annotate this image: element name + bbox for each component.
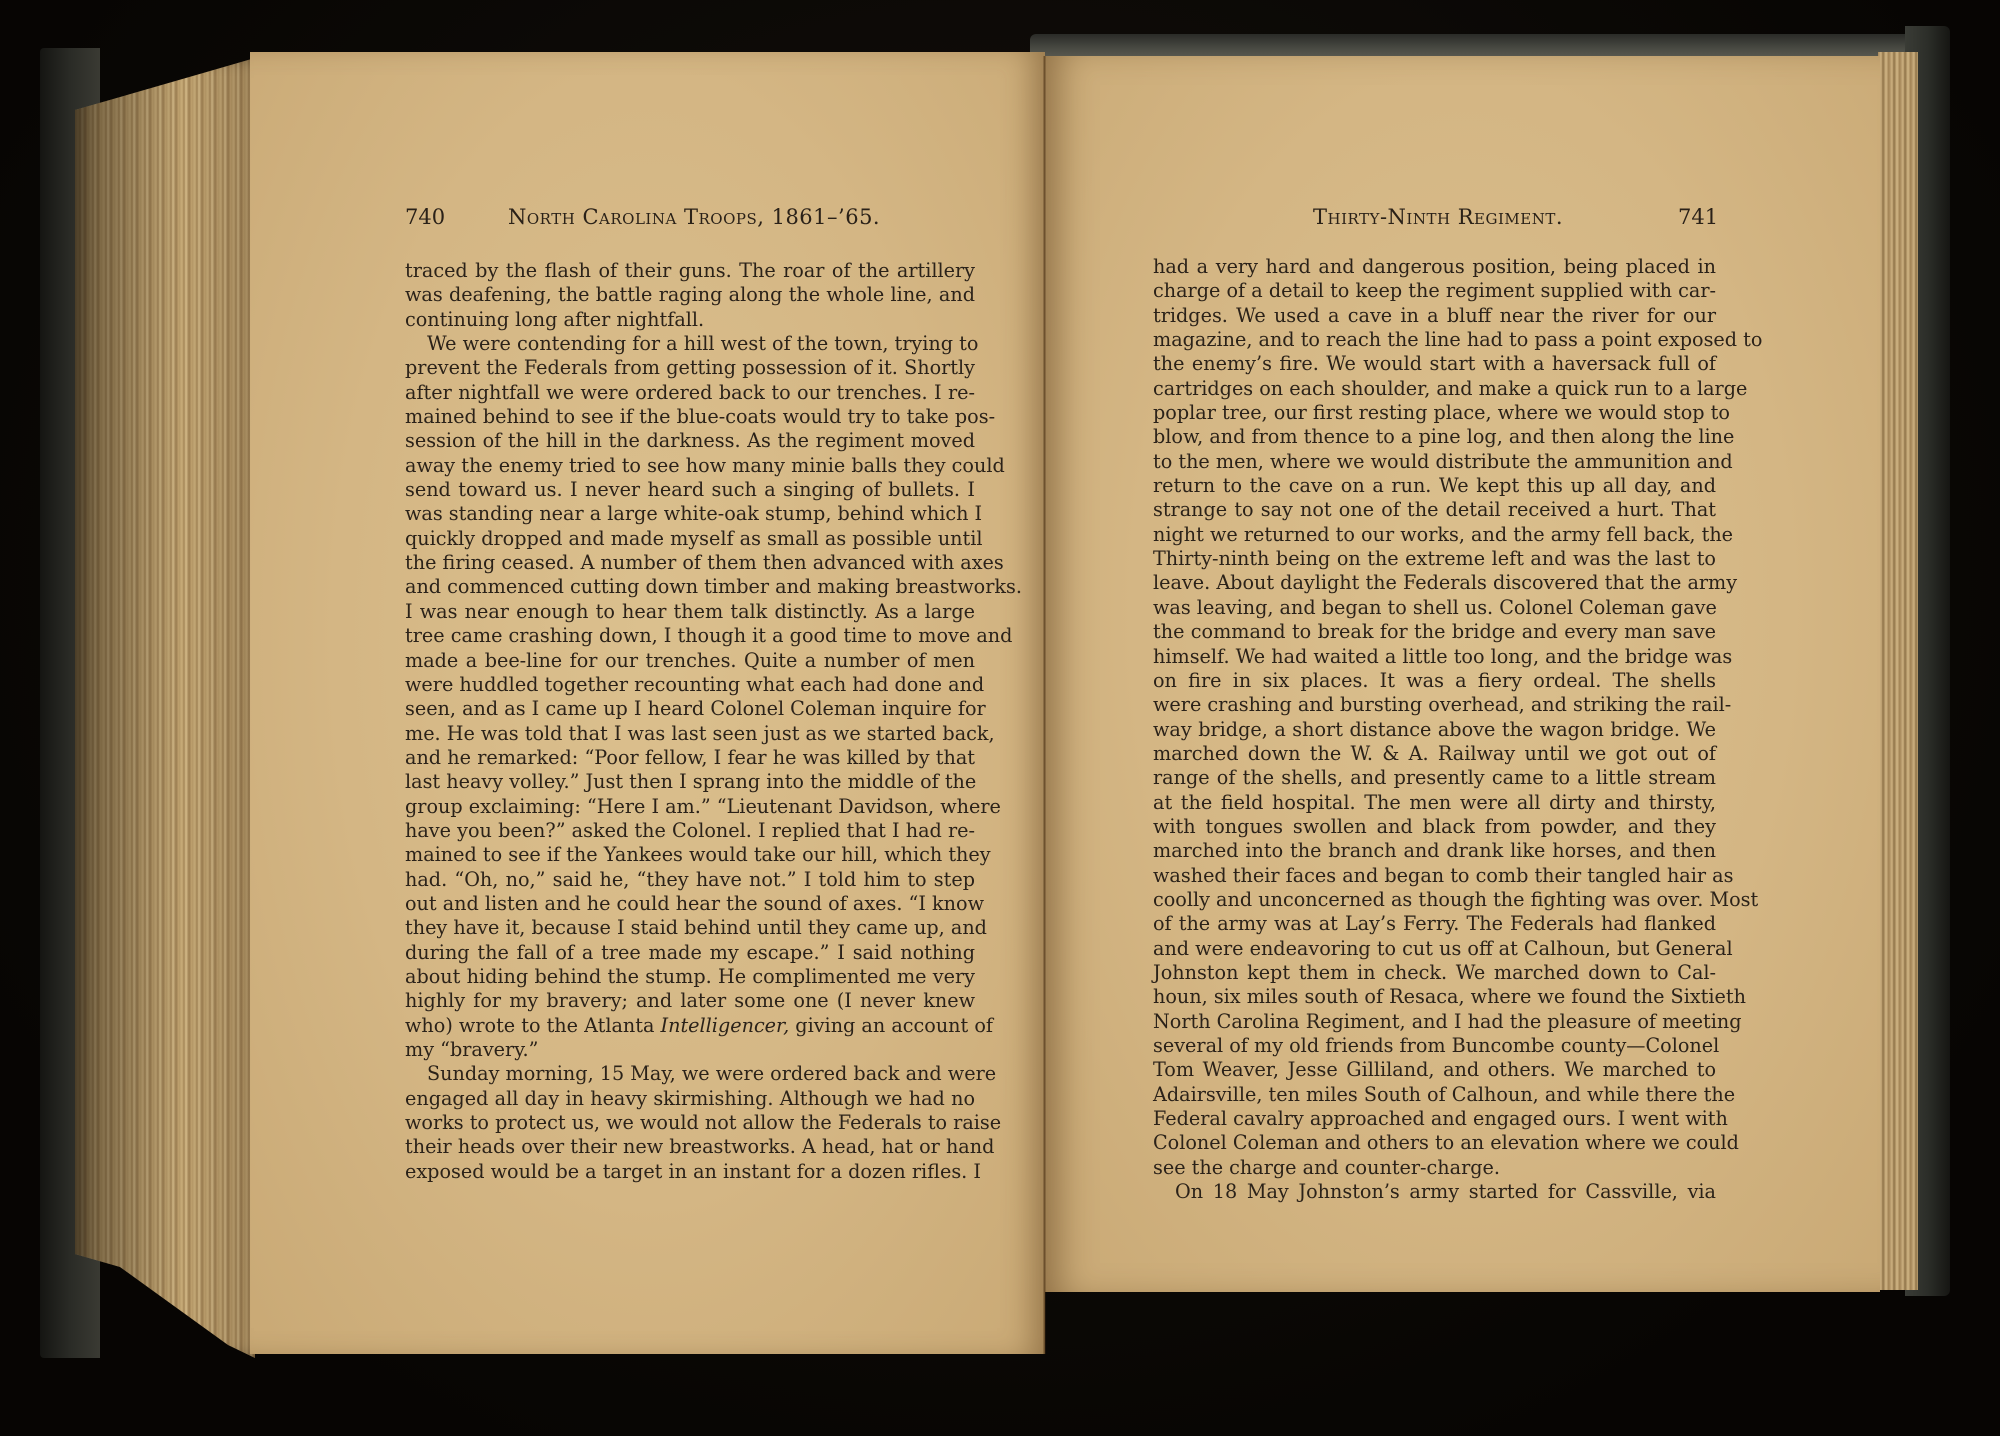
- text-line: about hiding behind the stump. He compli…: [405, 965, 975, 989]
- text-line: out and listen and he could hear the sou…: [405, 892, 975, 916]
- text-line: send toward us. I never heard such a sin…: [405, 478, 975, 502]
- text-line: was standing near a large white-oak stum…: [405, 502, 975, 526]
- text-line: leave. About daylight the Federals disco…: [1153, 571, 1716, 595]
- page-stack-right: [1878, 52, 1918, 1290]
- text-line: We were contending for a hill west of th…: [405, 332, 975, 356]
- text-line: quickly dropped and made myself as small…: [405, 527, 975, 551]
- text-line: after nightfall we were ordered back to …: [405, 381, 975, 405]
- left-page-number: 740: [405, 205, 445, 235]
- text-line: and commenced cutting down timber and ma…: [405, 575, 975, 599]
- text-line: were huddled together recounting what ea…: [405, 673, 975, 697]
- text-line: were crashing and bursting overhead, and…: [1153, 693, 1716, 717]
- text-line: mained behind to see if the blue-coats w…: [405, 405, 975, 429]
- text-line: way bridge, a short distance above the w…: [1153, 718, 1716, 742]
- text-line: to the men, where we would distribute th…: [1153, 450, 1716, 474]
- text-line: washed their faces and began to comb the…: [1153, 864, 1716, 888]
- italic-title: Intelligencer,: [661, 1014, 790, 1037]
- left-page-body: traced by the flash of their guns. The r…: [405, 259, 975, 1184]
- text-line: North Carolina Regiment, and I had the p…: [1153, 1010, 1716, 1034]
- text-line: exposed would be a target in an instant …: [405, 1160, 975, 1184]
- text-line: Tom Weaver, Jesse Gilliland, and others.…: [1153, 1058, 1716, 1082]
- text-line: who) wrote to the Atlanta Intelligencer,…: [405, 1014, 975, 1038]
- text-line: coolly and unconcerned as though the fig…: [1153, 888, 1716, 912]
- text-line: had a very hard and dangerous position, …: [1153, 255, 1716, 279]
- text-line: return to the cave on a run. We kept thi…: [1153, 474, 1716, 498]
- text-line: highly for my bravery; and later some on…: [405, 989, 975, 1013]
- text-line: night we returned to our works, and the …: [1153, 523, 1716, 547]
- book-gutter: [1043, 56, 1046, 1354]
- text-line: tridges. We used a cave in a bluff near …: [1153, 304, 1716, 328]
- text-line: Thirty-ninth being on the extreme left a…: [1153, 547, 1716, 571]
- book-cover-top: [1030, 34, 1950, 58]
- text-line: made a bee-line for our trenches. Quite …: [405, 649, 975, 673]
- text-run: giving an account of: [789, 1014, 993, 1037]
- text-line: their heads over their new breastworks. …: [405, 1135, 975, 1159]
- text-line: marched into the branch and drank like h…: [1153, 839, 1716, 863]
- text-line: blow, and from thence to a pine log, and…: [1153, 425, 1716, 449]
- text-line: with tongues swollen and black from powd…: [1153, 815, 1716, 839]
- text-line: marched down the W. & A. Railway until w…: [1153, 742, 1716, 766]
- text-line: poplar tree, our first resting place, wh…: [1153, 401, 1716, 425]
- text-line: mained to see if the Yankees would take …: [405, 843, 975, 867]
- text-line: during the fall of a tree made my escape…: [405, 941, 975, 965]
- text-line: engaged all day in heavy skirmishing. Al…: [405, 1087, 975, 1111]
- text-line: had. “Oh, no,” said he, “they have not.”…: [405, 868, 975, 892]
- left-running-head: North Carolina Troops, 1861–’65.: [508, 205, 880, 235]
- text-line: Johnston kept them in check. We marched …: [1153, 961, 1716, 985]
- text-line: Colonel Coleman and others to an elevati…: [1153, 1131, 1716, 1155]
- right-running-head-text: Thirty-Ninth Regiment.: [1313, 205, 1563, 229]
- text-line: the firing ceased. A number of them then…: [405, 551, 975, 575]
- text-line: away the enemy tried to see how many min…: [405, 454, 975, 478]
- text-line: the command to break for the bridge and …: [1153, 620, 1716, 644]
- text-line: range of the shells, and presently came …: [1153, 766, 1716, 790]
- text-line: on fire in six places. It was a fiery or…: [1153, 669, 1716, 693]
- text-line: himself. We had waited a little too long…: [1153, 645, 1716, 669]
- text-line: I was near enough to hear them talk dist…: [405, 600, 975, 624]
- text-line: me. He was told that I was last seen jus…: [405, 722, 975, 746]
- text-line: have you been?” asked the Colonel. I rep…: [405, 819, 975, 843]
- text-line: of the army was at Lay’s Ferry. The Fede…: [1153, 912, 1716, 936]
- text-line: see the charge and counter-charge.: [1153, 1156, 1716, 1180]
- text-line: the enemy’s fire. We would start with a …: [1153, 352, 1716, 376]
- text-line: cartridges on each shoulder, and make a …: [1153, 377, 1716, 401]
- text-line: and he remarked: “Poor fellow, I fear he…: [405, 746, 975, 770]
- text-line: magazine, and to reach the line had to p…: [1153, 328, 1716, 352]
- text-line: Sunday morning, 15 May, we were ordered …: [405, 1062, 975, 1086]
- text-line: several of my old friends from Buncombe …: [1153, 1034, 1716, 1058]
- right-page-number: 741: [1678, 205, 1718, 235]
- text-line: my “bravery.”: [405, 1038, 975, 1062]
- right-running-head: Thirty-Ninth Regiment.: [1313, 205, 1563, 235]
- text-line: Adairsville, ten miles South of Calhoun,…: [1153, 1083, 1716, 1107]
- text-line: works to protect us, we would not allow …: [405, 1111, 975, 1135]
- text-line: last heavy volley.” Just then I sprang i…: [405, 770, 975, 794]
- page-stack-left-shadow: [75, 58, 255, 1358]
- text-line: traced by the flash of their guns. The r…: [405, 259, 975, 283]
- text-line: prevent the Federals from getting posses…: [405, 356, 975, 380]
- left-running-head-text: North Carolina Troops, 1861–’65.: [508, 205, 880, 229]
- text-run: who) wrote to the Atlanta: [405, 1014, 661, 1037]
- text-line: houn, six miles south of Resaca, where w…: [1153, 985, 1716, 1009]
- text-line: was leaving, and began to shell us. Colo…: [1153, 596, 1716, 620]
- text-line: Federal cavalry approached and engaged o…: [1153, 1107, 1716, 1131]
- right-page-body: had a very hard and dangerous position, …: [1153, 255, 1716, 1204]
- text-line: tree came crashing down, I though it a g…: [405, 624, 975, 648]
- text-line: seen, and as I came up I heard Colonel C…: [405, 697, 975, 721]
- text-line: was deafening, the battle raging along t…: [405, 283, 975, 307]
- text-line: charge of a detail to keep the regiment …: [1153, 279, 1716, 303]
- text-line: at the field hospital. The men were all …: [1153, 791, 1716, 815]
- text-line: session of the hill in the darkness. As …: [405, 429, 975, 453]
- text-line: On 18 May Johnston’s army started for Ca…: [1153, 1180, 1716, 1204]
- text-line: strange to say not one of the detail rec…: [1153, 498, 1716, 522]
- text-line: and were endeavoring to cut us off at Ca…: [1153, 937, 1716, 961]
- text-line: group exclaiming: “Here I am.” “Lieutena…: [405, 795, 975, 819]
- text-line: they have it, because I staid behind unt…: [405, 916, 975, 940]
- text-line: continuing long after nightfall.: [405, 308, 975, 332]
